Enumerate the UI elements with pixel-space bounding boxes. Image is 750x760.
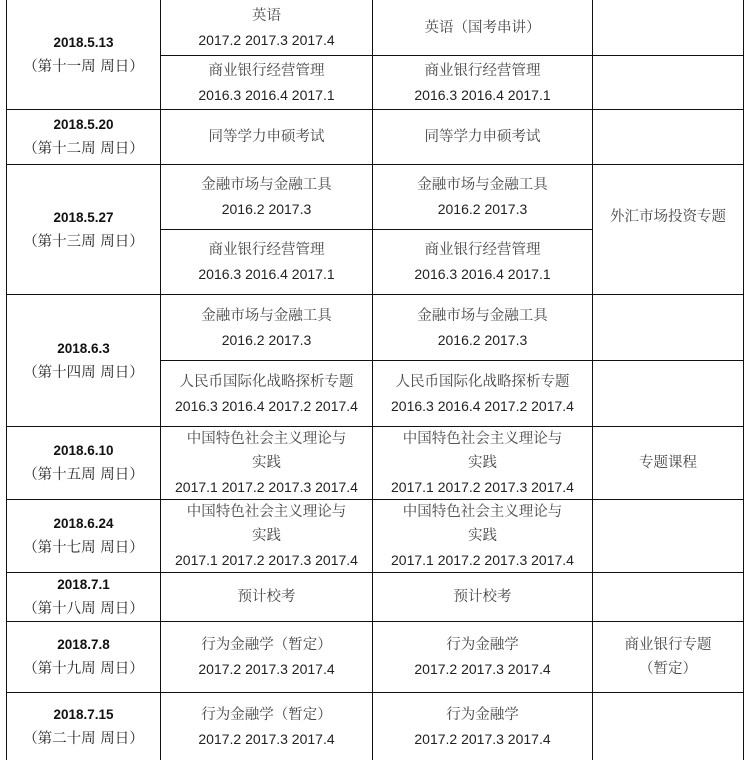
table-row: 2018.7.8 （第十九周 周日） 行为金融学（暂定） 2017.2 2017… (7, 622, 744, 693)
course-terms: 2016.2 2017.3 (161, 328, 372, 352)
date: 2018.6.3 (7, 337, 160, 361)
course-terms: 2017.1 2017.2 2017.3 2017.4 (373, 475, 592, 499)
topic-cell: 商业银行专题 （暂定） (593, 622, 744, 693)
topic-cell: 专题课程 (593, 427, 744, 500)
week-label: （第十八周 周日） (7, 597, 160, 621)
date: 2018.5.20 (7, 113, 160, 137)
topic-name: 外汇市场投资专题 (593, 205, 743, 229)
course-cell: 商业银行经营管理 2016.3 2016.4 2017.1 (161, 56, 373, 110)
course-terms: 2017.2 2017.3 2017.4 (373, 657, 592, 681)
table-row: 2018.6.24 （第十七周 周日） 中国特色社会主义理论与 实践 2017.… (7, 500, 744, 573)
date-cell: 2018.7.8 （第十九周 周日） (7, 622, 161, 693)
date: 2018.7.8 (7, 633, 160, 657)
course-name-cont: 实践 (161, 524, 372, 548)
topic-cell (593, 110, 744, 165)
table-row: 2018.5.27 （第十三周 周日） 金融市场与金融工具 2016.2 201… (7, 165, 744, 230)
course-name: 英语 (161, 4, 372, 28)
course-cell: 行为金融学 2017.2 2017.3 2017.4 (373, 622, 593, 693)
course-terms: 2017.2 2017.3 2017.4 (161, 727, 372, 751)
course-name: 中国特色社会主义理论与 (161, 500, 372, 524)
topic-name: 专题课程 (593, 451, 743, 475)
topic-cell (593, 295, 744, 361)
course-name: 金融市场与金融工具 (161, 173, 372, 197)
course-name: 中国特色社会主义理论与 (161, 427, 372, 451)
course-name-cont: 实践 (161, 451, 372, 475)
topic-cell (593, 0, 744, 56)
course-cell: 商业银行经营管理 2016.3 2016.4 2017.1 (161, 230, 373, 295)
course-terms: 2017.1 2017.2 2017.3 2017.4 (373, 548, 592, 572)
course-name: 金融市场与金融工具 (373, 173, 592, 197)
course-cell: 人民币国际化战略探析专题 2016.3 2016.4 2017.2 2017.4 (373, 361, 593, 427)
course-name: 行为金融学（暂定） (161, 633, 372, 657)
course-terms: 2016.3 2016.4 2017.2 2017.4 (161, 394, 372, 418)
week-label: （第十四周 周日） (7, 361, 160, 385)
course-cell: 同等学力申硕考试 (373, 110, 593, 165)
course-cell: 金融市场与金融工具 2016.2 2017.3 (373, 295, 593, 361)
table-row: 2018.7.1 （第十八周 周日） 预计校考 预计校考 (7, 573, 744, 622)
course-terms: 2016.3 2016.4 2017.1 (373, 83, 592, 107)
course-cell: 中国特色社会主义理论与 实践 2017.1 2017.2 2017.3 2017… (161, 427, 373, 500)
date-cell: 2018.6.24 （第十七周 周日） (7, 500, 161, 573)
course-cell: 英语 2017.2 2017.3 2017.4 (161, 0, 373, 56)
date-cell: 2018.7.1 （第十八周 周日） (7, 573, 161, 622)
course-name-cont: 实践 (373, 524, 592, 548)
table-row: 2018.6.3 （第十四周 周日） 金融市场与金融工具 2016.2 2017… (7, 295, 744, 361)
week-label: （第十九周 周日） (7, 657, 160, 681)
course-terms: 2016.3 2016.4 2017.2 2017.4 (373, 394, 592, 418)
topic-cell (593, 573, 744, 622)
table-row: 2018.5.20 （第十二周 周日） 同等学力申硕考试 同等学力申硕考试 (7, 110, 744, 165)
course-name: 商业银行经营管理 (161, 238, 372, 262)
week-label: （第十二周 周日） (7, 137, 160, 161)
course-cell: 行为金融学（暂定） 2017.2 2017.3 2017.4 (161, 693, 373, 760)
date-cell: 2018.6.10 （第十五周 周日） (7, 427, 161, 500)
course-terms: 2016.2 2017.3 (373, 197, 592, 221)
course-name: 金融市场与金融工具 (373, 304, 592, 328)
week-label: （第十七周 周日） (7, 536, 160, 560)
date-cell: 2018.7.15 （第二十周 周日） (7, 693, 161, 760)
table-row: 2018.6.10 （第十五周 周日） 中国特色社会主义理论与 实践 2017.… (7, 427, 744, 500)
table-row: 2018.7.15 （第二十周 周日） 行为金融学（暂定） 2017.2 201… (7, 693, 744, 760)
topic-cell: 外汇市场投资专题 (593, 165, 744, 295)
date: 2018.5.27 (7, 206, 160, 230)
course-name: 行为金融学 (373, 633, 592, 657)
topic-cell (593, 693, 744, 760)
course-name: 预计校考 (161, 585, 372, 609)
course-cell: 中国特色社会主义理论与 实践 2017.1 2017.2 2017.3 2017… (373, 427, 593, 500)
course-terms: 2016.3 2016.4 2017.1 (373, 262, 592, 286)
course-terms: 2017.1 2017.2 2017.3 2017.4 (161, 548, 372, 572)
course-name: 英语（国考串讲） (373, 16, 592, 40)
course-name: 商业银行经营管理 (373, 238, 592, 262)
topic-name: 商业银行专题 (593, 633, 743, 657)
course-cell: 预计校考 (373, 573, 593, 622)
date: 2018.6.10 (7, 439, 160, 463)
course-terms: 2016.2 2017.3 (373, 328, 592, 352)
course-cell: 预计校考 (161, 573, 373, 622)
course-cell: 金融市场与金融工具 2016.2 2017.3 (161, 295, 373, 361)
course-name: 人民币国际化战略探析专题 (161, 370, 372, 394)
course-cell: 商业银行经营管理 2016.3 2016.4 2017.1 (373, 230, 593, 295)
date-cell: 2018.5.27 （第十三周 周日） (7, 165, 161, 295)
course-terms: 2016.2 2017.3 (161, 197, 372, 221)
date: 2018.7.15 (7, 703, 160, 727)
date-cell: 2018.5.20 （第十二周 周日） (7, 110, 161, 165)
course-terms: 2017.2 2017.3 2017.4 (161, 28, 372, 52)
course-cell: 金融市场与金融工具 2016.2 2017.3 (373, 165, 593, 230)
course-terms: 2016.3 2016.4 2017.1 (161, 262, 372, 286)
course-name: 金融市场与金融工具 (161, 304, 372, 328)
topic-cell (593, 500, 744, 573)
course-name: 中国特色社会主义理论与 (373, 427, 592, 451)
course-name: 预计校考 (373, 585, 592, 609)
week-label: （第二十周 周日） (7, 727, 160, 751)
course-cell: 商业银行经营管理 2016.3 2016.4 2017.1 (373, 56, 593, 110)
topic-note: （暂定） (593, 657, 743, 681)
week-label: （第十五周 周日） (7, 463, 160, 487)
course-name: 同等学力申硕考试 (373, 125, 592, 149)
week-label: （第十三周 周日） (7, 230, 160, 254)
course-cell: 人民币国际化战略探析专题 2016.3 2016.4 2017.2 2017.4 (161, 361, 373, 427)
course-terms: 2017.2 2017.3 2017.4 (161, 657, 372, 681)
course-cell: 中国特色社会主义理论与 实践 2017.1 2017.2 2017.3 2017… (161, 500, 373, 573)
course-cell: 行为金融学 2017.2 2017.3 2017.4 (373, 693, 593, 760)
date: 2018.7.1 (7, 573, 160, 597)
week-label: （第十一周 周日） (7, 55, 160, 79)
date: 2018.5.13 (7, 31, 160, 55)
course-name: 人民币国际化战略探析专题 (373, 370, 592, 394)
course-cell: 英语（国考串讲） (373, 0, 593, 56)
course-name: 中国特色社会主义理论与 (373, 500, 592, 524)
date-cell: 2018.5.13 （第十一周 周日） (7, 0, 161, 110)
course-cell: 同等学力申硕考试 (161, 110, 373, 165)
date: 2018.6.24 (7, 512, 160, 536)
course-name: 商业银行经营管理 (373, 59, 592, 83)
course-schedule-table: 2018.5.13 （第十一周 周日） 英语 2017.2 2017.3 201… (6, 0, 744, 760)
course-name: 同等学力申硕考试 (161, 125, 372, 149)
course-cell: 金融市场与金融工具 2016.2 2017.3 (161, 165, 373, 230)
course-name: 商业银行经营管理 (161, 59, 372, 83)
course-name: 行为金融学（暂定） (161, 703, 372, 727)
table-row: 2018.5.13 （第十一周 周日） 英语 2017.2 2017.3 201… (7, 0, 744, 56)
topic-cell (593, 361, 744, 427)
course-terms: 2016.3 2016.4 2017.1 (161, 83, 372, 107)
date-cell: 2018.6.3 （第十四周 周日） (7, 295, 161, 427)
course-name: 行为金融学 (373, 703, 592, 727)
course-terms: 2017.2 2017.3 2017.4 (373, 727, 592, 751)
course-cell: 中国特色社会主义理论与 实践 2017.1 2017.2 2017.3 2017… (373, 500, 593, 573)
course-terms: 2017.1 2017.2 2017.3 2017.4 (161, 475, 372, 499)
course-name-cont: 实践 (373, 451, 592, 475)
course-cell: 行为金融学（暂定） 2017.2 2017.3 2017.4 (161, 622, 373, 693)
topic-cell (593, 56, 744, 110)
